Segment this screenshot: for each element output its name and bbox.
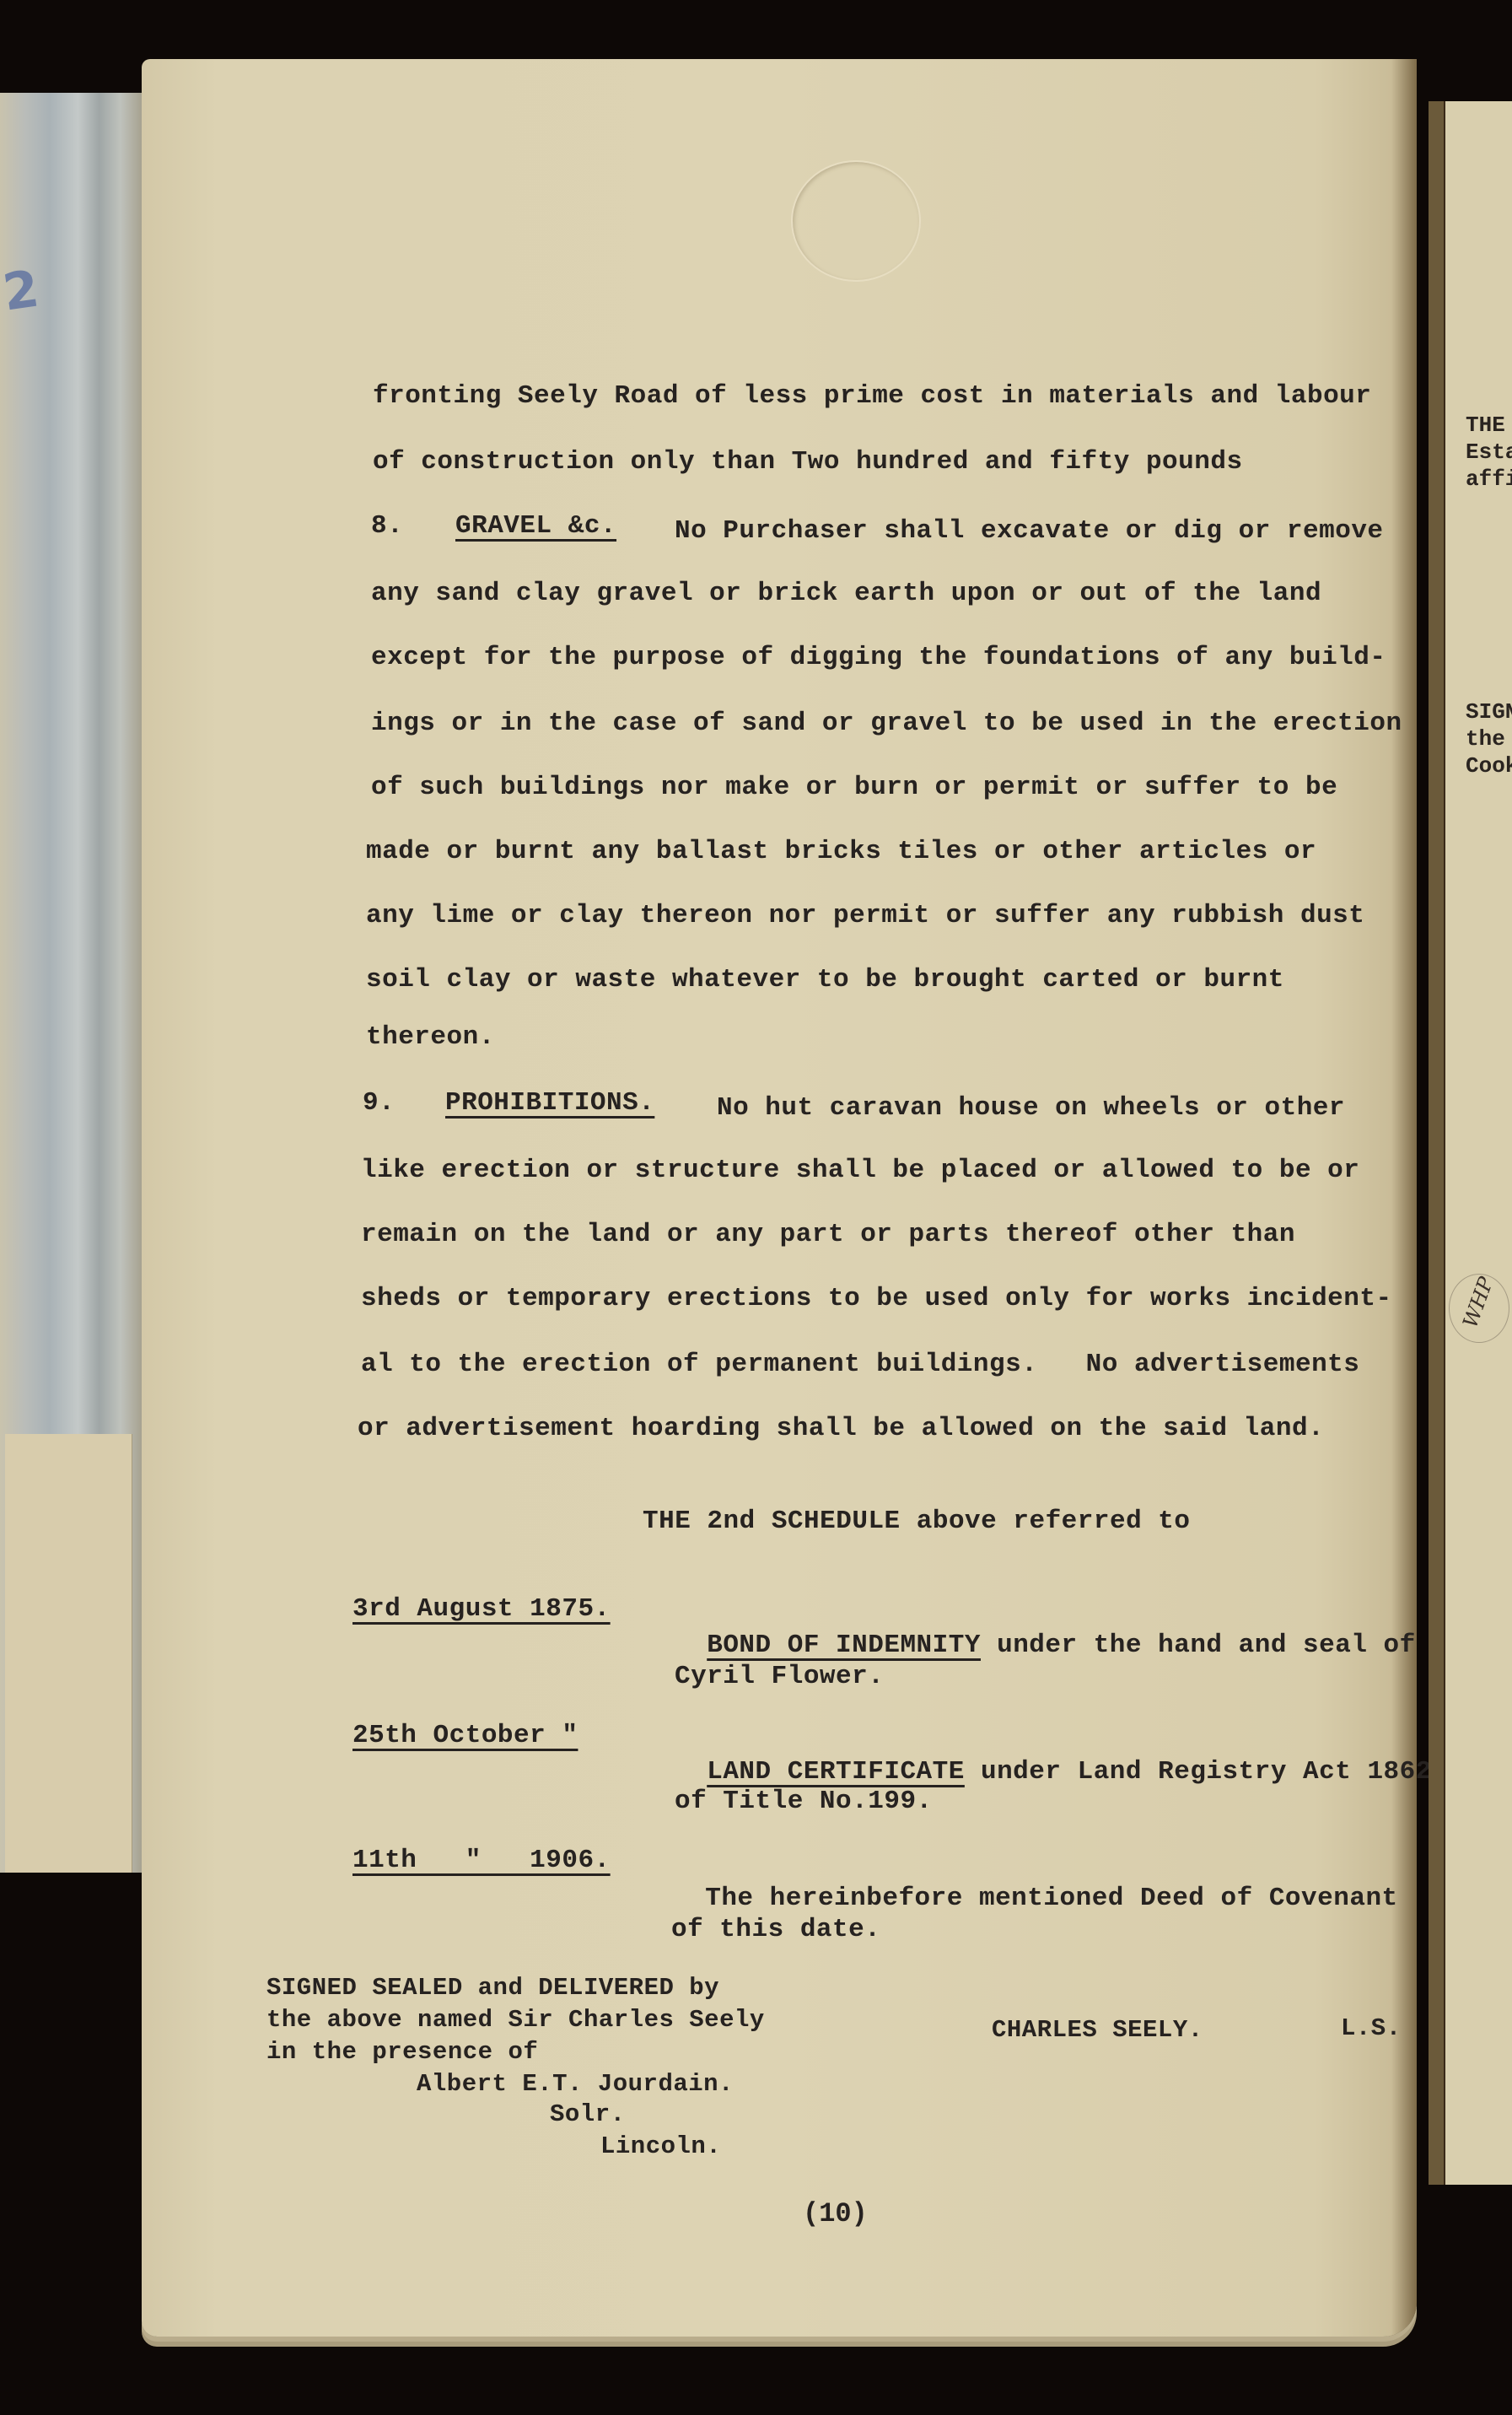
next-page-line: Esta <box>1466 439 1512 466</box>
clause-8-line: any sand clay gravel or brick earth upon… <box>371 579 1321 608</box>
schedule-date: 3rd August 1875. <box>352 1594 611 1624</box>
schedule-entry: LAND CERTIFICATE under Land Registry Act… <box>675 1728 1432 1787</box>
witness-title: Solr. <box>550 2100 626 2128</box>
schedule-entry: BOND OF INDEMNITY under the hand and sea… <box>675 1601 1416 1660</box>
next-page-line: affi <box>1466 466 1512 493</box>
next-page-line: Cook <box>1466 752 1512 779</box>
schedule-desc: The hereinbefore mentioned Deed of Coven… <box>705 1884 1397 1913</box>
schedule-date: 25th October " <box>352 1721 578 1750</box>
clause-8-first-line: No Purchaser shall excavate or dig or re… <box>675 516 1384 546</box>
schedule-entry-cont: of Title No.199. <box>675 1787 933 1816</box>
schedule-date: 11th " 1906. <box>352 1846 611 1875</box>
clause-8-line: ings or in the case of sand or gravel to… <box>371 709 1402 738</box>
clause-8-line: soil clay or waste whatever to be brough… <box>366 965 1284 995</box>
clause-9-first-line: No hut caravan house on wheels or other <box>717 1093 1345 1123</box>
clause-8-line: thereon. <box>366 1022 495 1052</box>
clause-9-line: sheds or temporary erections to be used … <box>361 1284 1392 1313</box>
schedule-doc-title: LAND CERTIFICATE <box>707 1757 965 1787</box>
schedule-entry-cont: Cyril Flower. <box>675 1662 884 1691</box>
clause-9-heading: PROHIBITIONS. <box>445 1088 654 1118</box>
page-stack-edge <box>5 1434 132 1873</box>
clause-8-line: of such buildings nor make or burn or pe… <box>371 773 1337 802</box>
attestation-line: SIGNED SEALED and DELIVERED by <box>266 1974 719 2002</box>
schedule-desc: under the hand and seal of <box>981 1631 1416 1660</box>
body-line: of construction only than Two hundred an… <box>373 447 1243 477</box>
locus-sigilli-mark: L.S. <box>1341 2014 1402 2042</box>
clause-9-line: or advertisement hoarding shall be allow… <box>358 1414 1324 1443</box>
body-line: fronting Seely Road of less prime cost i… <box>373 381 1371 411</box>
clause-8-number: 8. <box>371 511 403 541</box>
schedule-entry: The hereinbefore mentioned Deed of Coven… <box>673 1854 1398 1913</box>
clause-9-line: al to the erection of permanent building… <box>361 1350 1359 1379</box>
clause-8-line: made or burnt any ballast bricks tiles o… <box>366 837 1316 866</box>
signatory-name: CHARLES SEELY. <box>992 2016 1203 2044</box>
next-page-line: THE <box>1466 412 1505 439</box>
schedule-desc: under Land Registry Act 1862 <box>965 1757 1432 1787</box>
schedule-title: THE 2nd SCHEDULE above referred to <box>643 1507 1191 1536</box>
next-page-fragment: THE Esta affi SIGN the Cook <box>1444 101 1512 2185</box>
attestation-line: the above named Sir Charles Seely <box>266 2006 765 2034</box>
clause-9-line: remain on the land or any part or parts … <box>361 1220 1295 1249</box>
next-page-line: SIGN <box>1466 698 1512 725</box>
attestation-line: in the presence of <box>266 2038 538 2066</box>
page-number: (10) <box>803 2198 868 2229</box>
clause-8-line: except for the purpose of digging the fo… <box>371 643 1386 672</box>
clause-8-line: any lime or clay thereon nor permit or s… <box>366 901 1364 930</box>
binding-label: 2 <box>0 259 42 322</box>
schedule-doc-title: BOND OF INDEMNITY <box>707 1631 981 1660</box>
next-page-line: the <box>1466 725 1505 752</box>
embossed-seal-icon <box>791 160 921 282</box>
clause-8-heading: GRAVEL &c. <box>455 511 616 541</box>
schedule-entry-cont: of this date. <box>671 1915 880 1944</box>
clause-9-number: 9. <box>363 1088 395 1118</box>
witness-place: Lincoln. <box>600 2132 721 2160</box>
clause-9-line: like erection or structure shall be plac… <box>361 1156 1359 1185</box>
witness-name: Albert E.T. Jourdain. <box>417 2070 734 2098</box>
